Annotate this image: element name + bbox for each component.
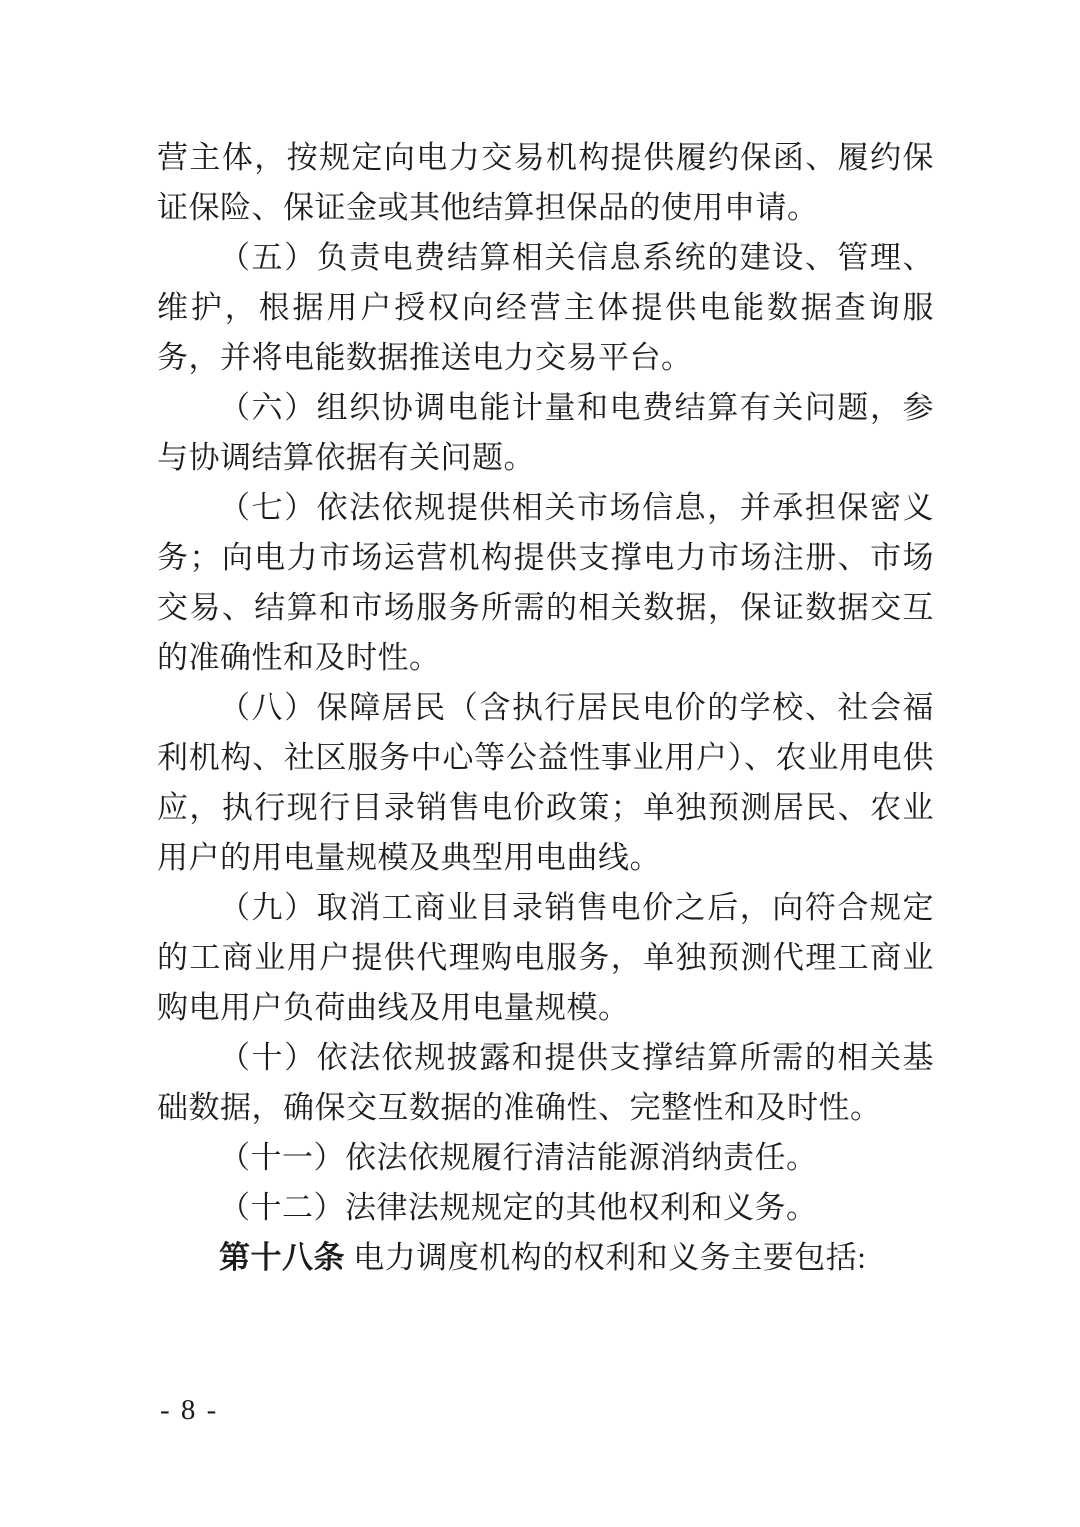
page-number: - 8 - [160,1392,218,1428]
paragraph-item-8: （八）保障居民（含执行居民电价的学校、社会福利机构、社区服务中心等公益性事业用户… [157,683,934,883]
document-page: 营主体，按规定向电力交易机构提供履约保函、履约保证保险、保证金或其他结算担保品的… [0,0,1080,1527]
paragraph-item-10: （十）依法依规披露和提供支撑结算所需的相关基础数据，确保交互数据的准确性、完整性… [157,1033,934,1133]
paragraph-item-12: （十二）法律法规规定的其他权利和义务。 [157,1183,934,1233]
paragraph-continuation: 营主体，按规定向电力交易机构提供履约保函、履约保证保险、保证金或其他结算担保品的… [157,133,934,233]
paragraph-item-9: （九）取消工商业目录销售电价之后，向符合规定的工商业用户提供代理购电服务，单独预… [157,883,934,1033]
article-number: 第十八条 [219,1240,345,1275]
paragraph-item-7: （七）依法依规提供相关市场信息，并承担保密义务；向电力市场运营机构提供支撑电力市… [157,483,934,683]
paragraph-item-6: （六）组织协调电能计量和电费结算有关问题，参与协调结算依据有关问题。 [157,383,934,483]
paragraph-article-18: 第十八条 电力调度机构的权利和义务主要包括: [157,1233,934,1283]
paragraph-item-11: （十一）依法依规履行清洁能源消纳责任。 [157,1133,934,1183]
document-body: 营主体，按规定向电力交易机构提供履约保函、履约保证保险、保证金或其他结算担保品的… [157,133,934,1283]
paragraph-item-5: （五）负责电费结算相关信息系统的建设、管理、维护，根据用户授权向经营主体提供电能… [157,233,934,383]
article-text: 电力调度机构的权利和义务主要包括: [345,1240,866,1275]
